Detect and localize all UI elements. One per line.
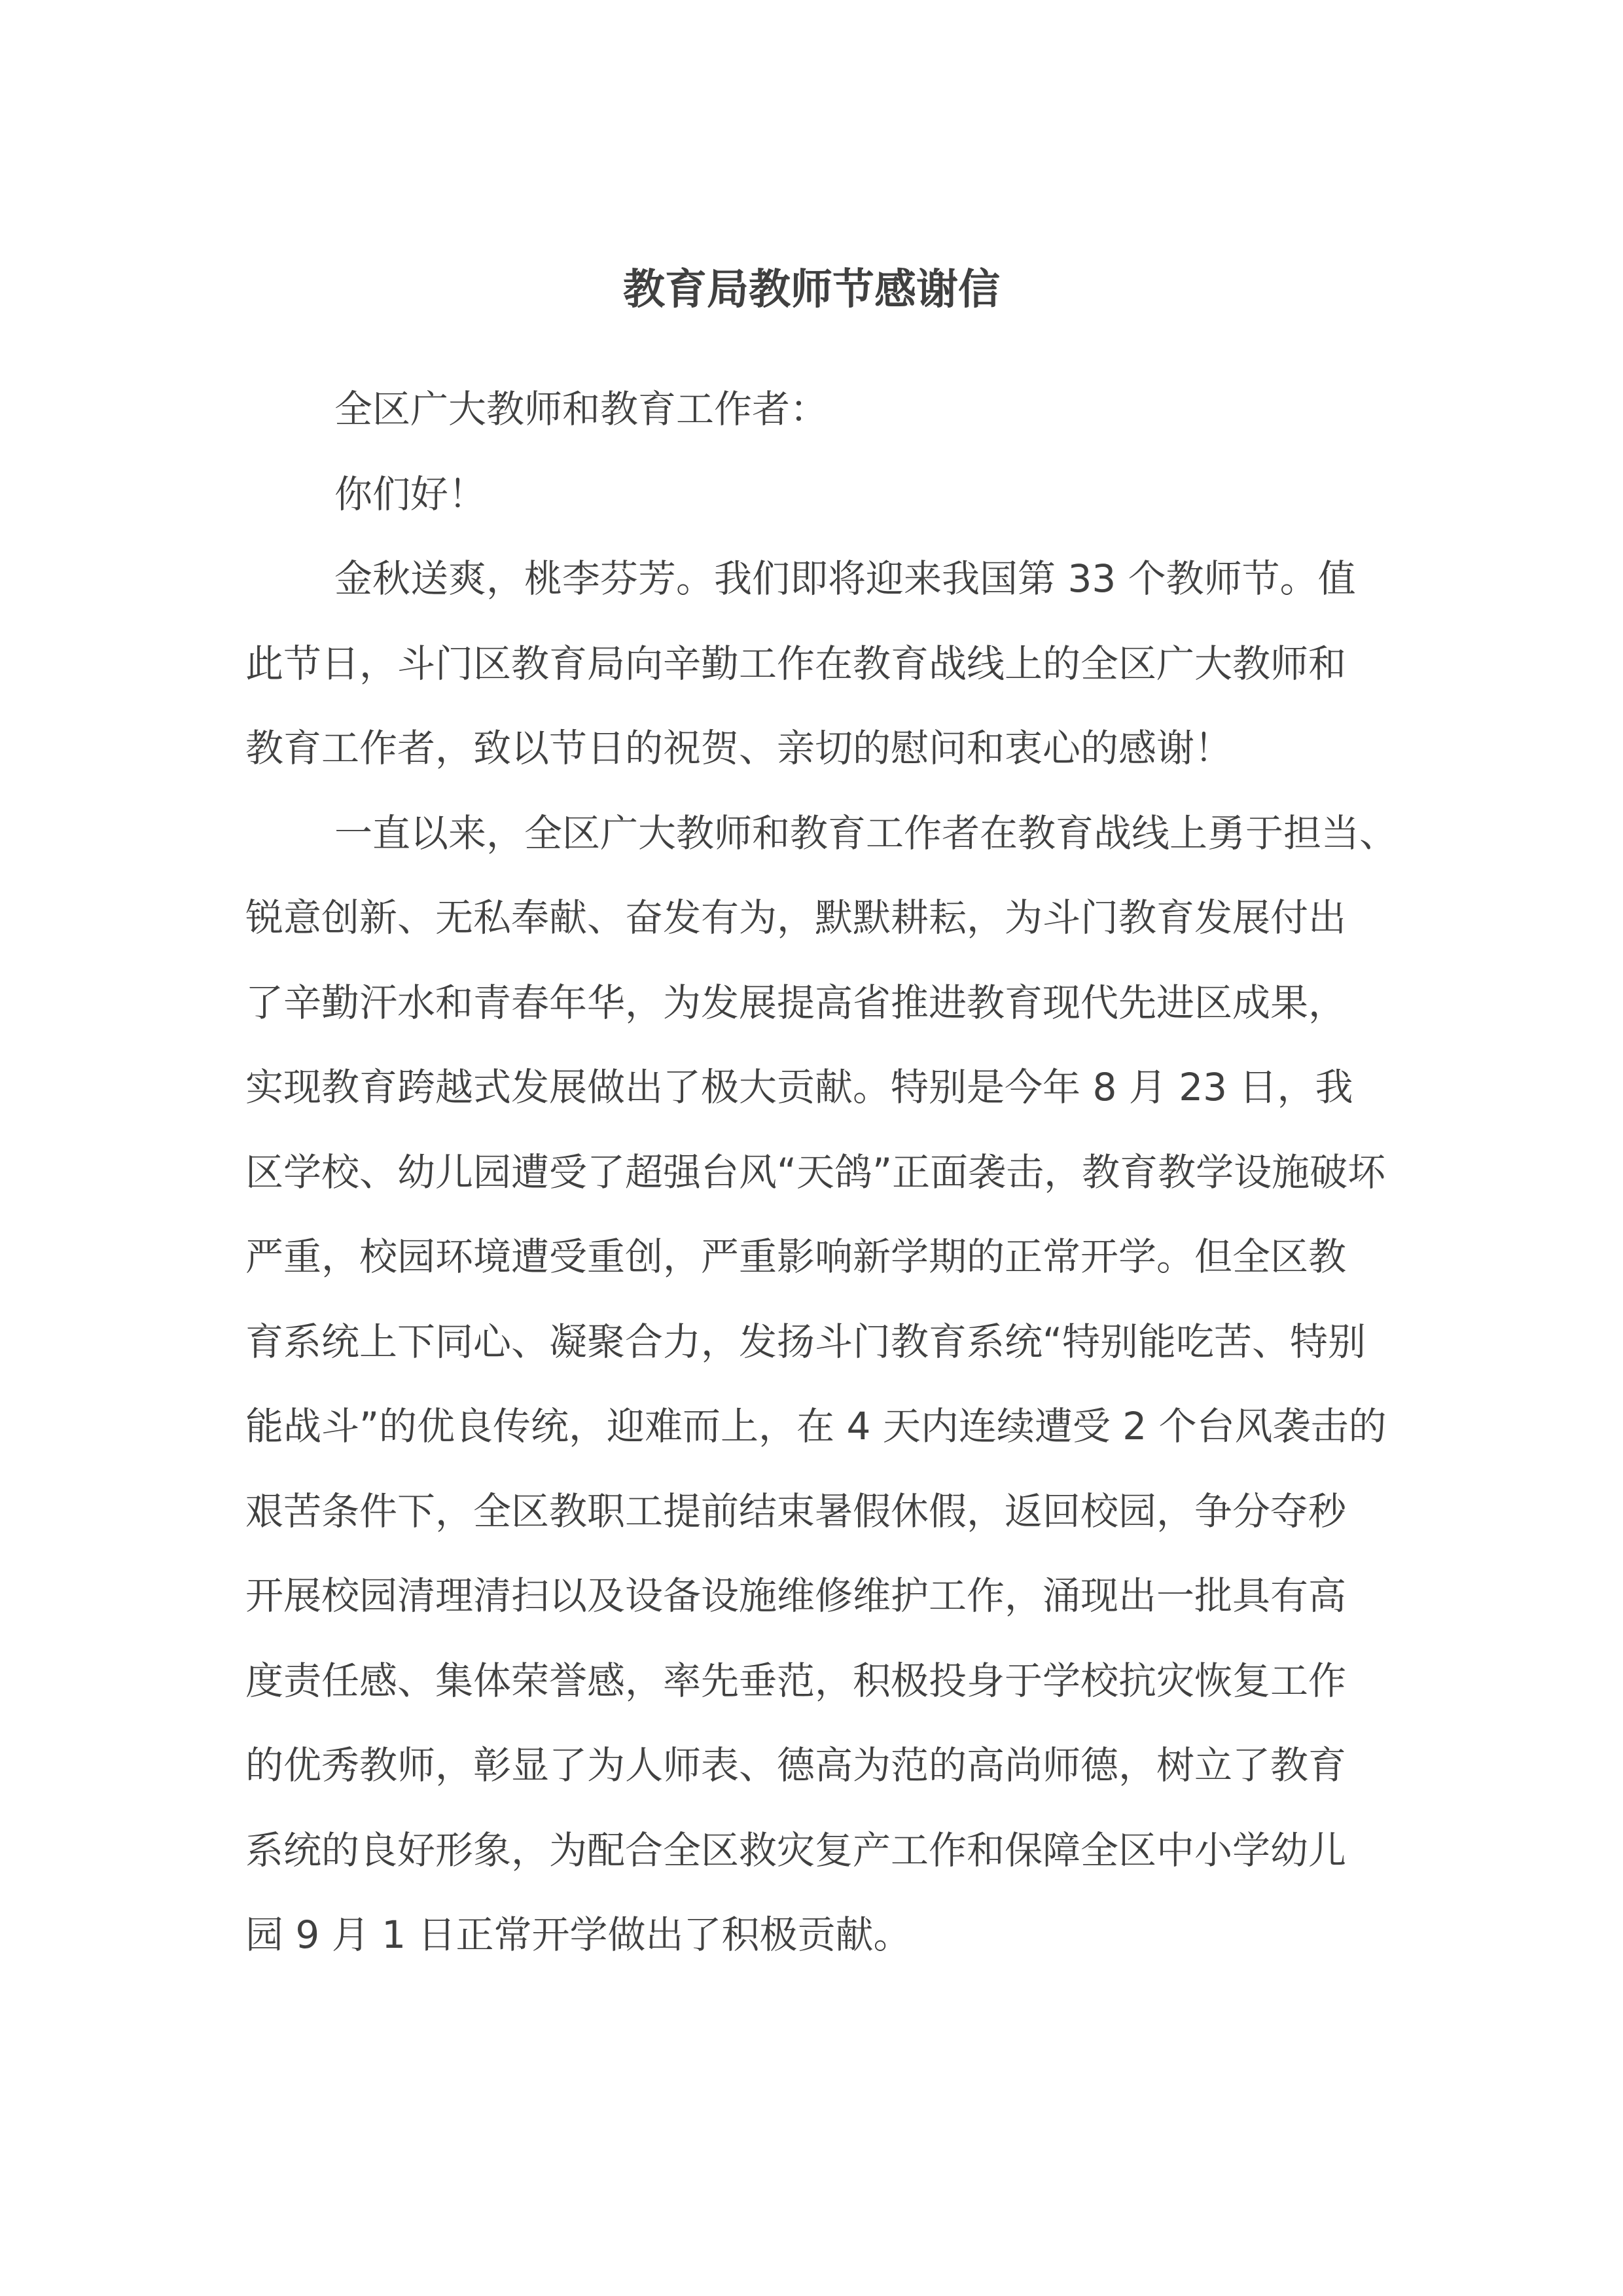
paragraph-line: 锐意创新、无私奉献、奋发有为，默默耕耘，为斗门教育发展付出 [245,888,1384,973]
paragraph-line: 一直以来，全区广大教师和教育工作者在教育战线上勇于担当、 [245,804,1384,889]
paragraph-1: 金秋送爽，桃李芬芳。我们即将迎来我国第 33 个教师节。值 此节日，斗门区教育局… [245,549,1384,804]
paragraph-line: 艰苦条件下，全区教职工提前结束暑假休假，返回校园，争分夺秒 [245,1482,1384,1567]
greeting: 你们好！ [245,465,1384,550]
document-title: 教育局教师节感谢信 [0,260,1623,319]
paragraph-line: 能战斗”的优良传统，迎难而上，在 4 天内连续遭受 2 个台风袭击的 [245,1397,1384,1482]
document-body: 全区广大教师和教育工作者： 你们好！ 金秋送爽，桃李芬芳。我们即将迎来我国第 3… [245,380,1384,1990]
paragraph-line: 了辛勤汗水和青春年华，为发展提高省推进教育现代先进区成果， [245,973,1384,1058]
paragraph-line: 教育工作者，致以节日的祝贺、亲切的慰问和衷心的感谢！ [245,719,1384,804]
document-page: 教育局教师节感谢信 全区广大教师和教育工作者： 你们好！ 金秋送爽，桃李芬芳。我… [0,0,1623,2296]
paragraph-line: 严重，校园环境遭受重创，严重影响新学期的正常开学。但全区教 [245,1227,1384,1312]
paragraph-line: 系统的良好形象，为配合全区救灾复产工作和保障全区中小学幼儿 [245,1821,1384,1906]
paragraph-line: 此节日，斗门区教育局向辛勤工作在教育战线上的全区广大教师和 [245,634,1384,719]
paragraph-line: 开展校园清理清扫以及设备设施维修维护工作，涌现出一批具有高 [245,1566,1384,1651]
paragraph-line: 育系统上下同心、凝聚合力，发扬斗门教育系统“特别能吃苦、特别 [245,1312,1384,1397]
paragraph-line: 的优秀教师，彰显了为人师表、德高为范的高尚师德，树立了教育 [245,1736,1384,1821]
paragraph-line: 区学校、幼儿园遭受了超强台风“天鸽”正面袭击，教育教学设施破坏 [245,1143,1384,1228]
paragraph-2: 一直以来，全区广大教师和教育工作者在教育战线上勇于担当、 锐意创新、无私奉献、奋… [245,804,1384,1990]
paragraph-line: 金秋送爽，桃李芬芳。我们即将迎来我国第 33 个教师节。值 [245,549,1384,634]
paragraph-line: 度责任感、集体荣誉感，率先垂范，积极投身于学校抗灾恢复工作 [245,1651,1384,1736]
paragraph-line: 园 9 月 1 日正常开学做出了积极贡献。 [245,1905,1384,1990]
salutation: 全区广大教师和教育工作者： [245,380,1384,465]
paragraph-line: 实现教育跨越式发展做出了极大贡献。特别是今年 8 月 23 日，我 [245,1058,1384,1143]
